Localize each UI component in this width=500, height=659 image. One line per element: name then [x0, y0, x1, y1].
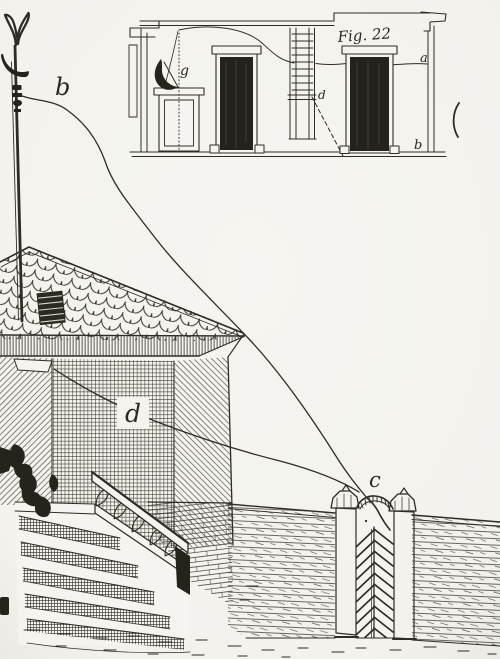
door-plinth [210, 145, 219, 153]
engraving-page: Fig. 22 g d a b [0, 0, 500, 659]
inset-label-b: b [414, 138, 422, 153]
door-plinth [340, 146, 349, 154]
roof-vent [36, 291, 65, 326]
wall-left-section [228, 504, 335, 638]
cornice [0, 335, 243, 356]
scene-label-b: b [55, 73, 70, 101]
inset-label-d: d [318, 88, 326, 102]
eave-bracket [14, 359, 52, 372]
inset-door-right [340, 46, 399, 154]
arch-dot [365, 520, 367, 522]
collar-band [14, 109, 21, 112]
inset-label-g: g [180, 63, 189, 79]
scene-label-d: d [125, 399, 141, 428]
inset-door-left [210, 46, 264, 153]
collar-knob [13, 100, 22, 106]
door-plinth [255, 145, 264, 153]
door-plinth [390, 146, 399, 154]
collar-band [12, 93, 22, 97]
edge-shadow [0, 597, 9, 615]
door-opening [350, 57, 389, 151]
door-lintel [212, 46, 261, 54]
door-opening [220, 57, 253, 150]
house-label-d-box: d [117, 397, 149, 429]
engraving-lightning-conductor: Fig. 22 g d a b [0, 0, 500, 659]
scene-label-c: c [369, 468, 381, 492]
collar-band [13, 85, 22, 90]
inset-label-a: a [420, 51, 428, 66]
figure-title: Fig. 22 [336, 24, 392, 46]
wall-right-section [412, 515, 500, 646]
door-lintel [342, 46, 397, 54]
